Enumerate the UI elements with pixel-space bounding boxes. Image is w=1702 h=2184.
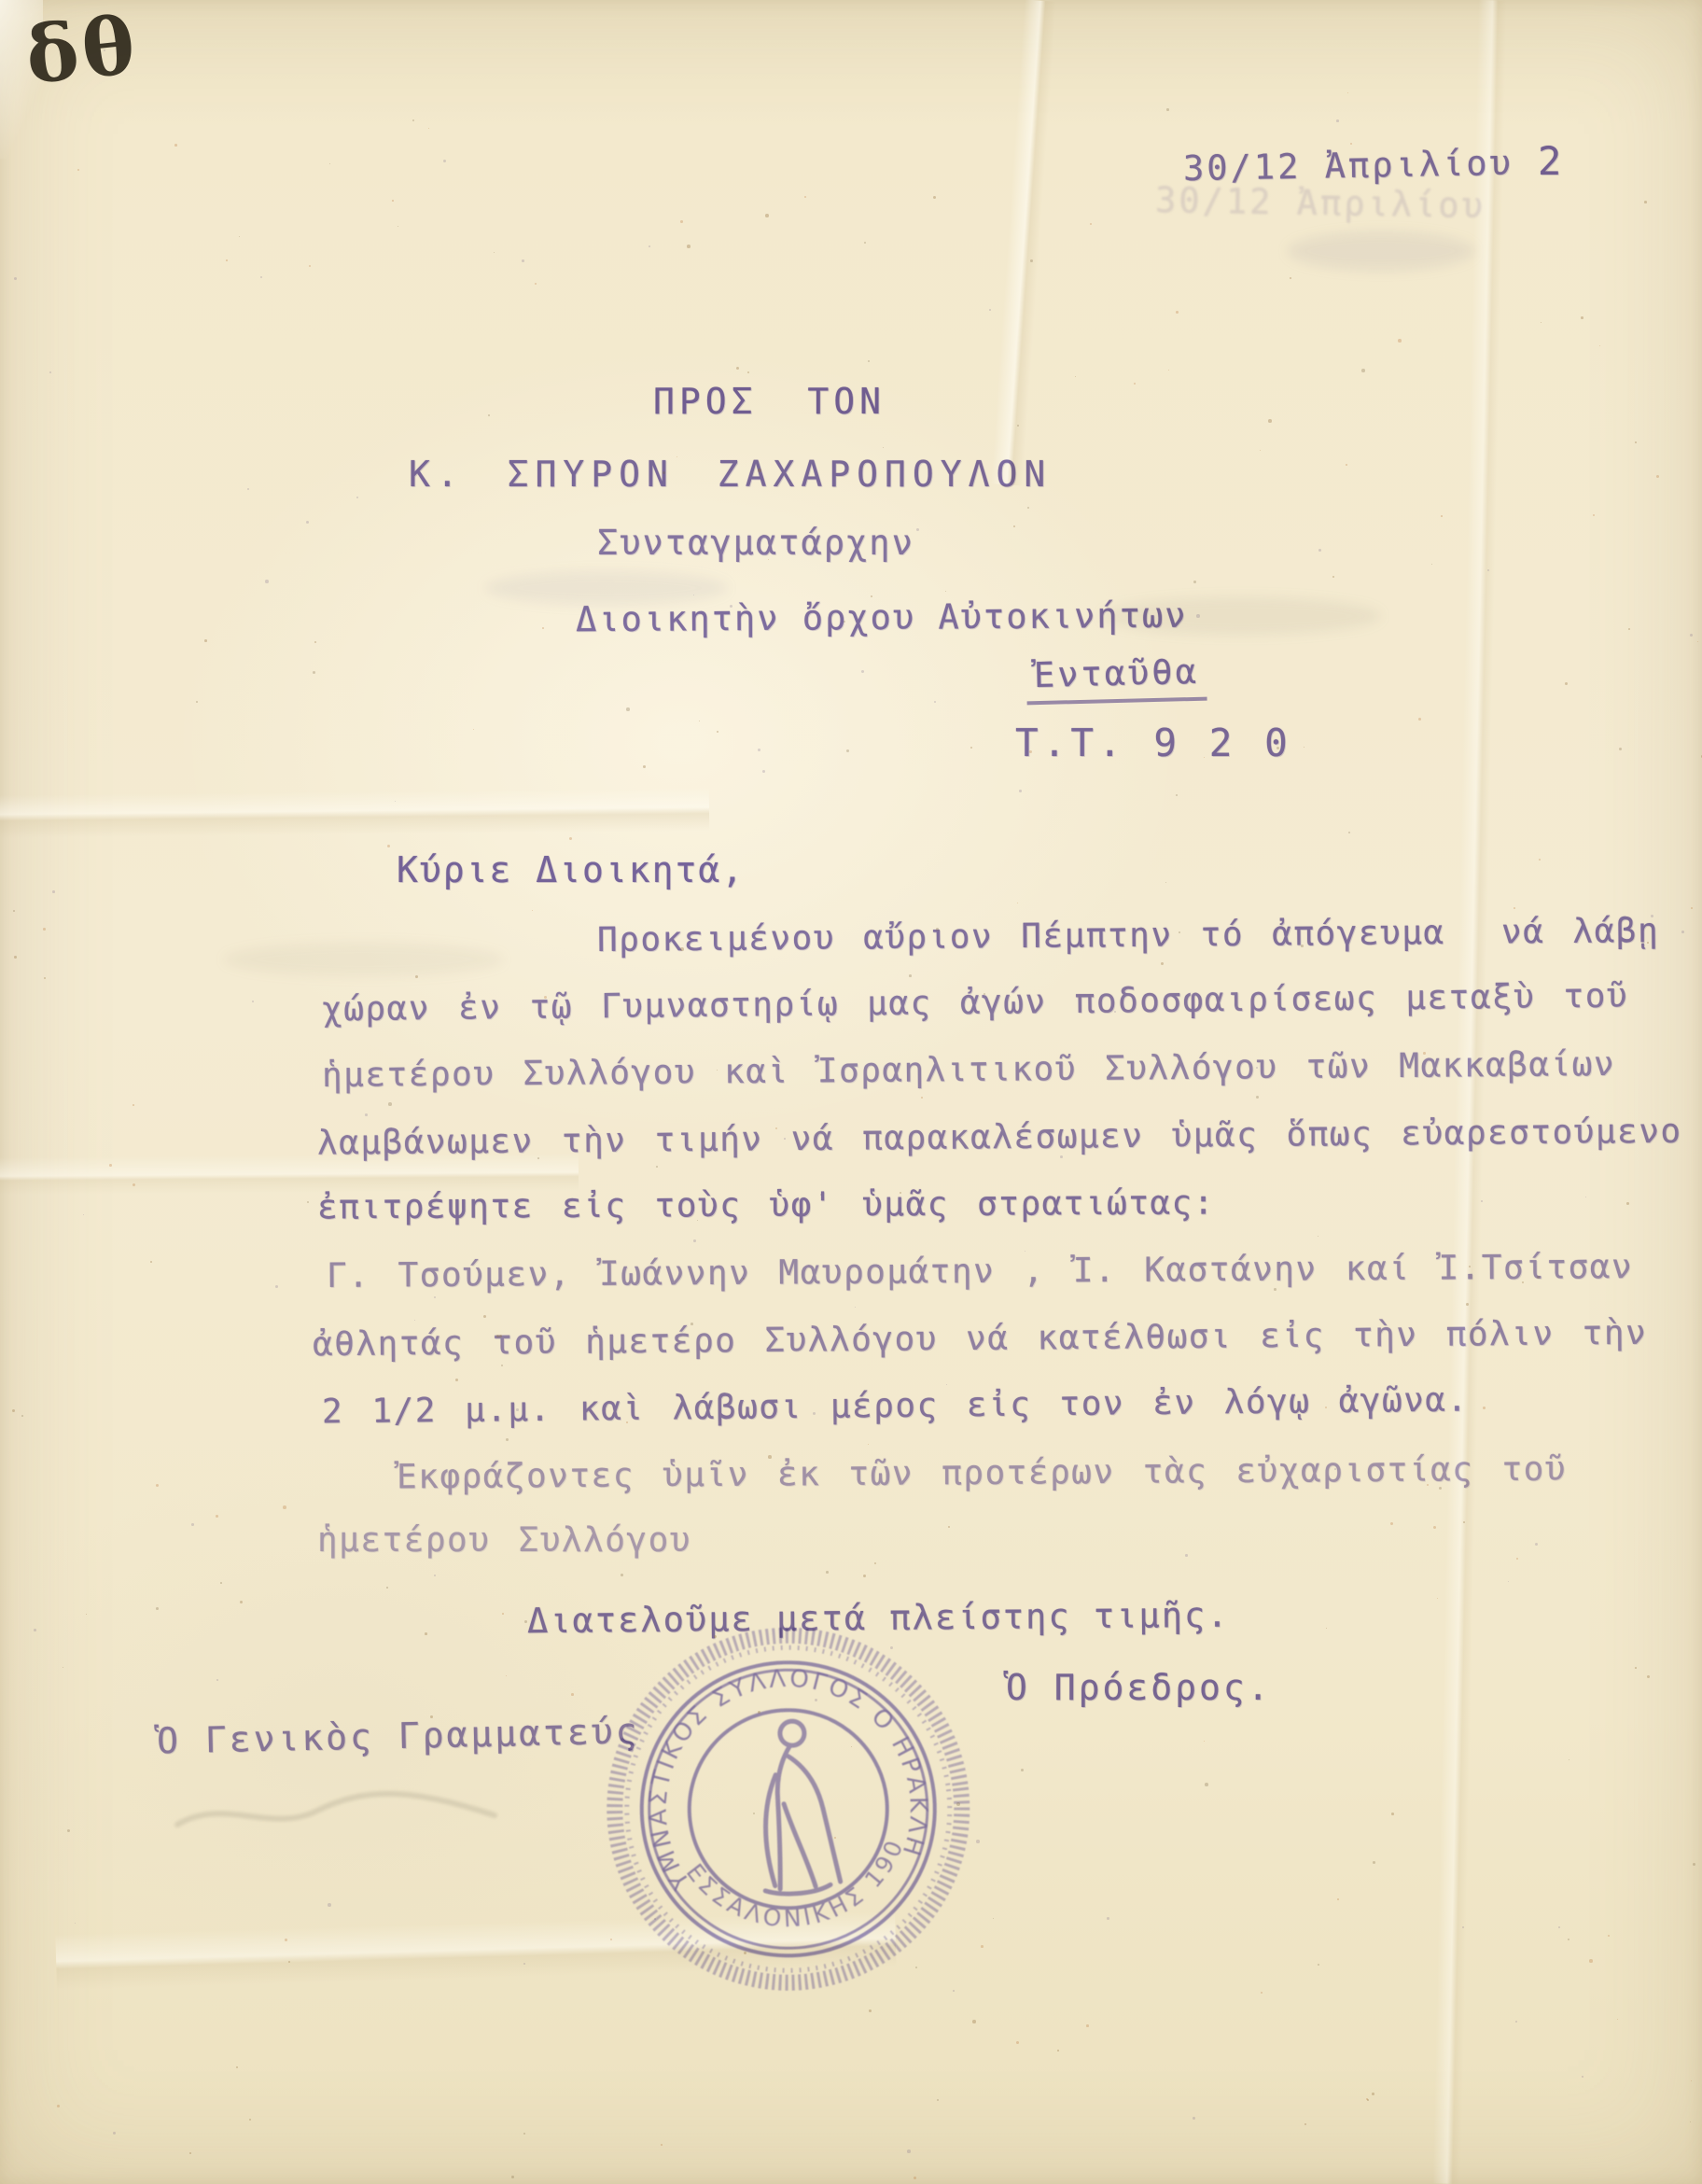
paper-speckle: [356, 497, 358, 498]
president-signature-line: Ὁ Πρόεδρος.: [1006, 1667, 1272, 1708]
paper-speckle: [523, 2133, 525, 2135]
paper-speckle: [1176, 311, 1179, 314]
paper-crease: [0, 788, 709, 838]
paper-speckle: [67, 1829, 70, 1832]
paper-speckle: [1568, 1939, 1569, 1940]
paper-speckle: [970, 747, 972, 749]
paper-speckle: [247, 488, 249, 490]
paper-speckle: [826, 1571, 829, 1574]
paper-speckle: [1318, 1236, 1318, 1237]
paper-speckle: [174, 144, 177, 147]
paper-speckle: [1017, 425, 1019, 427]
paper-speckle: [1016, 2041, 1019, 2044]
paper-speckle: [1161, 962, 1164, 965]
paper-speckle: [1581, 316, 1583, 319]
club-stamp: ΓΥΜΝΑΣΤΙΚΟΣ ΣΥΛΛΟΓΟΣ Ο ΗΡΑΚΛΗΣ ΘΕΣΣΑΛΟΝΙ…: [546, 1561, 1036, 2060]
paper-speckle: [717, 731, 718, 733]
paper-speckle: [762, 770, 765, 773]
paper-speckle: [1185, 1554, 1188, 1557]
paper-speckle: [1681, 931, 1684, 933]
paper-speckle: [1437, 1598, 1438, 1599]
paper-speckle: [1514, 907, 1515, 909]
paper-speckle: [260, 276, 262, 278]
paper-speckle: [328, 1903, 331, 1907]
paper-speckle: [758, 749, 760, 751]
paper-speckle: [1346, 464, 1347, 466]
paper-speckle: [1441, 515, 1443, 517]
paper-speckle: [494, 252, 495, 253]
paper-speckle: [1390, 1522, 1393, 1525]
paper-speckle: [1589, 1959, 1593, 1963]
paper-speckle: [656, 1166, 658, 1168]
paper-speckle: [1535, 1543, 1538, 1546]
paper-speckle: [1256, 1096, 1259, 1099]
paper-speckle: [1635, 441, 1637, 443]
paper-speckle: [569, 837, 572, 840]
paper-speckle: [1021, 1769, 1024, 1771]
paper-speckle: [1691, 907, 1693, 909]
paper-speckle: [49, 371, 51, 373]
paper-speckle: [1027, 507, 1029, 509]
paper-speckle: [1617, 2019, 1618, 2020]
paper-speckle: [34, 1629, 36, 1631]
paper-speckle: [1463, 1521, 1465, 1523]
paper-speckle: [1691, 2080, 1692, 2081]
paper-speckle: [1693, 1863, 1695, 1866]
paper-speckle: [909, 974, 912, 977]
paper-speckle: [1628, 628, 1630, 630]
recipient-name-line: Κ. ΣΠΥΡΟΝ ΖΑΧΑΡΟΠΟΥΛΟΝ: [409, 454, 1052, 495]
paper-speckle: [189, 2152, 191, 2154]
paper-speckle: [1017, 903, 1018, 903]
paper-speckle: [621, 1574, 623, 1576]
paper-speckle: [83, 1214, 84, 1215]
paper-speckle: [1373, 1861, 1375, 1864]
paper-speckle: [77, 169, 79, 171]
paper-speckle: [649, 245, 650, 247]
paper-speckle: [307, 1201, 309, 1203]
paper-speckle: [428, 128, 429, 129]
paper-speckle: [916, 528, 919, 531]
paper-speckle: [643, 765, 646, 768]
paper-speckle: [1304, 2123, 1306, 2125]
paper-speckle: [1619, 748, 1622, 750]
paper-speckle: [86, 1614, 87, 1615]
paper-speckle: [747, 371, 749, 373]
paper-speckle: [1626, 1202, 1629, 1205]
recipient-location-line: Ἐνταῦθα: [1025, 651, 1207, 706]
paper-speckle: [883, 447, 884, 448]
paper-speckle: [693, 1239, 696, 1242]
paper-speckle: [1326, 1628, 1327, 1629]
paper-speckle: [285, 1939, 287, 1941]
paper-speckle: [1541, 322, 1542, 323]
paper-speckle: [1539, 859, 1541, 861]
paper-speckle: [21, 1415, 23, 1417]
paper-speckle: [1431, 564, 1432, 565]
paper-speckle: [1013, 525, 1015, 527]
paper-speckle: [1516, 1558, 1518, 1560]
paper-speckle: [133, 1183, 135, 1186]
paper-speckle: [1336, 119, 1339, 122]
paper-speckle: [1318, 549, 1321, 552]
paper-speckle: [868, 360, 870, 362]
paper-speckle: [414, 1320, 415, 1321]
paper-speckle: [14, 956, 17, 959]
paper-speckle: [425, 1632, 427, 1635]
paper-speckle: [1268, 419, 1272, 423]
paper-speckle: [868, 1444, 869, 1445]
paper-speckle: [523, 1963, 525, 1965]
paper-speckle: [945, 591, 946, 592]
paper-speckle: [249, 2119, 251, 2121]
paper-speckle: [196, 701, 198, 703]
paper-speckle: [948, 1526, 950, 1528]
paper-speckle: [1193, 2117, 1195, 2120]
paper-speckle: [1515, 2021, 1517, 2023]
paper-speckle: [1565, 682, 1568, 685]
paper-speckle: [109, 1164, 112, 1167]
paper-speckle: [535, 283, 537, 285]
paper-speckle: [1690, 2121, 1691, 2122]
paper-speckle: [1690, 634, 1693, 637]
paper-speckle: [1030, 259, 1033, 262]
paper-speckle: [1644, 201, 1647, 203]
paper-speckle: [1418, 718, 1421, 721]
paper-speckle: [502, 1613, 504, 1615]
paper-speckle: [1318, 1964, 1319, 1966]
paper-speckle: [156, 1484, 159, 1487]
ink-smudge: [1288, 231, 1474, 271]
paper-speckle: [365, 1113, 368, 1116]
paper-speckle: [226, 259, 228, 261]
paper-speckle: [1193, 581, 1196, 583]
paper-speckle: [661, 2144, 663, 2146]
paper-speckle: [239, 236, 240, 237]
paper-speckle: [1205, 1783, 1208, 1786]
paper-speckle: [1599, 345, 1600, 346]
paper-speckle: [506, 1675, 507, 1676]
paper-speckle: [113, 2132, 116, 2135]
paper-speckle: [57, 2105, 60, 2107]
paper-speckle: [314, 641, 316, 643]
paper-speckle: [75, 1923, 76, 1924]
paper-speckle: [1481, 1200, 1483, 1202]
stamp-arc-bottom-text: ΘΕΣΣΑΛΟΝΙΚΗΣ 1908: [546, 1561, 919, 1959]
paper-speckle: [1398, 339, 1402, 343]
paper-speckle: [220, 1582, 222, 1584]
paper-speckle: [1261, 1992, 1263, 1994]
paper-speckle: [1304, 747, 1304, 748]
paper-speckle: [946, 1384, 947, 1385]
body-line: 2 1/2 μ.μ. καὶ λάβωσι μέρος εἰς τον ἐν λ…: [322, 1381, 1469, 1432]
paper-speckle: [1204, 1741, 1205, 1742]
paper-speckle: [216, 1679, 218, 1681]
paper-speckle: [483, 1315, 486, 1318]
paper-speckle: [434, 1575, 436, 1576]
paper-speckle: [1075, 376, 1076, 377]
paper-speckle: [1635, 1667, 1637, 1669]
ink-smudge: [224, 943, 504, 976]
paper-speckle: [1134, 383, 1136, 385]
paper-speckle: [1290, 277, 1291, 279]
paper-speckle: [313, 671, 315, 674]
paper-speckle: [1433, 1526, 1436, 1529]
paper-speckle: [288, 1961, 290, 1963]
paper-speckle: [1558, 1926, 1560, 1928]
paper-speckle: [804, 196, 806, 198]
paper-speckle: [275, 1285, 278, 1288]
paper-speckle: [236, 2066, 238, 2068]
paper-speckle: [989, 309, 991, 311]
paper-speckle: [473, 729, 474, 730]
paper-speckle: [191, 1523, 194, 1526]
paper-speckle: [626, 707, 630, 711]
paper-speckle: [283, 1505, 286, 1509]
paper-speckle: [699, 721, 700, 721]
paper-speckle: [907, 2149, 911, 2153]
paper-crease: [1433, 0, 1507, 2184]
body-line: λαμβάνωμεν τὴν τιμήν νά παρακαλέσωμεν ὑμ…: [317, 1112, 1702, 1162]
paper-speckle: [1361, 369, 1365, 372]
scanned-letter-page: δθ 30/12 Ἀπριλίου 2 30/12 Ἀπριλίου ΠΡΟΣ …: [0, 0, 1702, 2184]
body-line: ἡμετέρου Συλλόγου: [317, 1521, 691, 1560]
paper-speckle: [395, 801, 396, 802]
paper-speckle: [455, 1379, 458, 1381]
paper-speckle: [1090, 223, 1092, 225]
paper-speckle: [501, 1365, 503, 1366]
paper-speckle: [1086, 2024, 1089, 2027]
paper-speckle: [1350, 143, 1352, 145]
svg-text:ΘΕΣΣΑΛΟΝΙΚΗΣ 1908: ΘΕΣΣΑΛΟΝΙΚΗΣ 1908: [546, 1561, 919, 1959]
paper-speckle: [1697, 641, 1698, 642]
paper-speckle: [44, 977, 46, 979]
paper-speckle: [398, 226, 398, 227]
paper-speckle: [933, 196, 936, 199]
paper-speckle: [415, 975, 418, 978]
paper-speckle: [861, 670, 864, 673]
paper-speckle: [1487, 569, 1489, 571]
body-line: Προκειμένου αὔριον Πέμπτην τό ἀπόγευμα ν…: [597, 912, 1659, 959]
paper-speckle: [488, 414, 490, 416]
paper-speckle: [14, 277, 17, 280]
paper-speckle: [1483, 1407, 1486, 1409]
paper-speckle: [921, 1097, 923, 1099]
paper-speckle: [736, 367, 739, 370]
paper-speckle: [52, 890, 55, 893]
paper-speckle: [240, 1601, 243, 1603]
paper-speckle: [1391, 1813, 1394, 1815]
paper-speckle: [1366, 2098, 1368, 2100]
recipient-rank-line: Συνταγματάρχην: [597, 523, 914, 563]
paper-speckle: [532, 910, 533, 911]
paper-speckle: [874, 1562, 876, 1564]
paper-speckle: [1057, 2050, 1059, 2051]
hercules-figure: [746, 1717, 842, 1897]
paper-speckle: [133, 1104, 134, 1106]
body-line: ἡμετέρου Συλλόγου καὶ Ἰσραηλιτικοῦ Συλλό…: [322, 1045, 1615, 1095]
paper-speckle: [1656, 475, 1659, 478]
paper-speckle: [329, 163, 330, 164]
paper-speckle: [150, 1261, 152, 1263]
paper-speckle: [846, 749, 849, 752]
paper-speckle: [506, 1438, 509, 1441]
paper-speckle: [1585, 1197, 1586, 1197]
archival-number-handwritten: δθ: [21, 0, 143, 102]
paper-speckle: [864, 242, 866, 244]
paper-speckle: [937, 2099, 939, 2101]
body-line: Ἐκφράζοντες ὑμῖν ἐκ τῶν προτέρων τὰς εὐχ…: [397, 1450, 1567, 1497]
body-line: Γ. Τσούμεν, Ἰωάννην Μαυρομάτην , Ἰ. Καστ…: [327, 1248, 1633, 1295]
paper-speckle: [265, 580, 269, 583]
paper-speckle: [252, 1001, 254, 1002]
date-ghost-impression: 30/12 Ἀπριλίου: [1155, 180, 1486, 226]
paper-speckle: [1508, 1581, 1509, 1582]
paper-speckle: [443, 160, 446, 162]
paper-speckle: [1107, 1917, 1109, 1920]
body-line: ἀθλητάς τοῦ ἡμετέρο Συλλόγου νά κατέλθωσ…: [313, 1314, 1648, 1364]
paper-speckle: [1260, 450, 1261, 451]
paper-speckle: [1569, 1759, 1569, 1760]
paper-speckle: [542, 627, 544, 629]
paper-speckle: [392, 200, 394, 202]
paper-speckle: [1582, 2076, 1583, 2078]
paper-speckle: [309, 265, 311, 267]
paper-speckle: [1332, 576, 1334, 578]
paper-speckle: [204, 639, 207, 642]
paper-speckle: [1165, 882, 1166, 883]
paper-speckle: [216, 1515, 218, 1518]
paper-speckle: [63, 1667, 63, 1668]
body-line: χώραν ἐν τῷ Γυμναστηρίῳ μας ἀγών ποδοσφα…: [322, 977, 1628, 1029]
paper-speckle: [12, 1409, 15, 1412]
paper-speckle: [1166, 108, 1169, 111]
paper-speckle: [934, 701, 936, 703]
paper-speckle: [1367, 2099, 1369, 2101]
paper-speckle: [1348, 832, 1350, 833]
paper-speckle: [13, 910, 15, 912]
page-number: 2: [1538, 138, 1563, 184]
paper-speckle: [693, 595, 694, 595]
paper-speckle: [1168, 370, 1169, 371]
paper-speckle: [914, 2177, 916, 2179]
paper-speckle: [1019, 790, 1022, 792]
paper-speckle: [1176, 794, 1178, 796]
paper-crease: [991, 0, 1056, 486]
paper-speckle: [434, 1296, 436, 1298]
paper-speckle: [387, 845, 390, 847]
paper-speckle: [687, 245, 691, 248]
salutation-line: Κύριε Διοικητά,: [397, 849, 745, 890]
paper-speckle: [765, 214, 769, 217]
paper-speckle: [855, 1307, 856, 1308]
paper-speckle: [388, 1102, 392, 1106]
paper-speckle: [412, 119, 414, 121]
paper-speckle: [1593, 514, 1595, 516]
paper-speckle: [1466, 1303, 1469, 1306]
pencil-scribble: [168, 1769, 504, 1853]
field-post-number-line: Τ.Τ. 9 2 0: [1015, 721, 1292, 765]
paper-speckle: [156, 1607, 159, 1610]
paper-speckle: [43, 928, 46, 931]
recipient-title-line: Διοικητὴν ὄρχου Αὐτοκινήτων: [576, 595, 1188, 640]
paper-speckle: [1347, 92, 1348, 93]
paper-speckle: [511, 2176, 514, 2178]
paper-speckle: [1337, 1898, 1339, 1900]
recipient-to-line: ΠΡΟΣ ΤΟΝ: [653, 381, 886, 422]
paper-speckle: [1462, 1926, 1464, 1928]
paper-speckle: [1196, 614, 1200, 618]
paper-speckle: [1372, 2093, 1374, 2095]
paper-speckle: [386, 1587, 388, 1589]
body-line: ἐπιτρέψητε εἰς τοὺς ὑφ' ὑμᾶς στρατιώτας:: [317, 1183, 1215, 1226]
paper-speckle: [1608, 1935, 1610, 1937]
paper-speckle: [972, 2020, 976, 2023]
paper-speckle: [680, 220, 683, 223]
paper-speckle: [522, 259, 524, 262]
paper-speckle: [306, 521, 309, 524]
paper-speckle: [1647, 1675, 1650, 1678]
